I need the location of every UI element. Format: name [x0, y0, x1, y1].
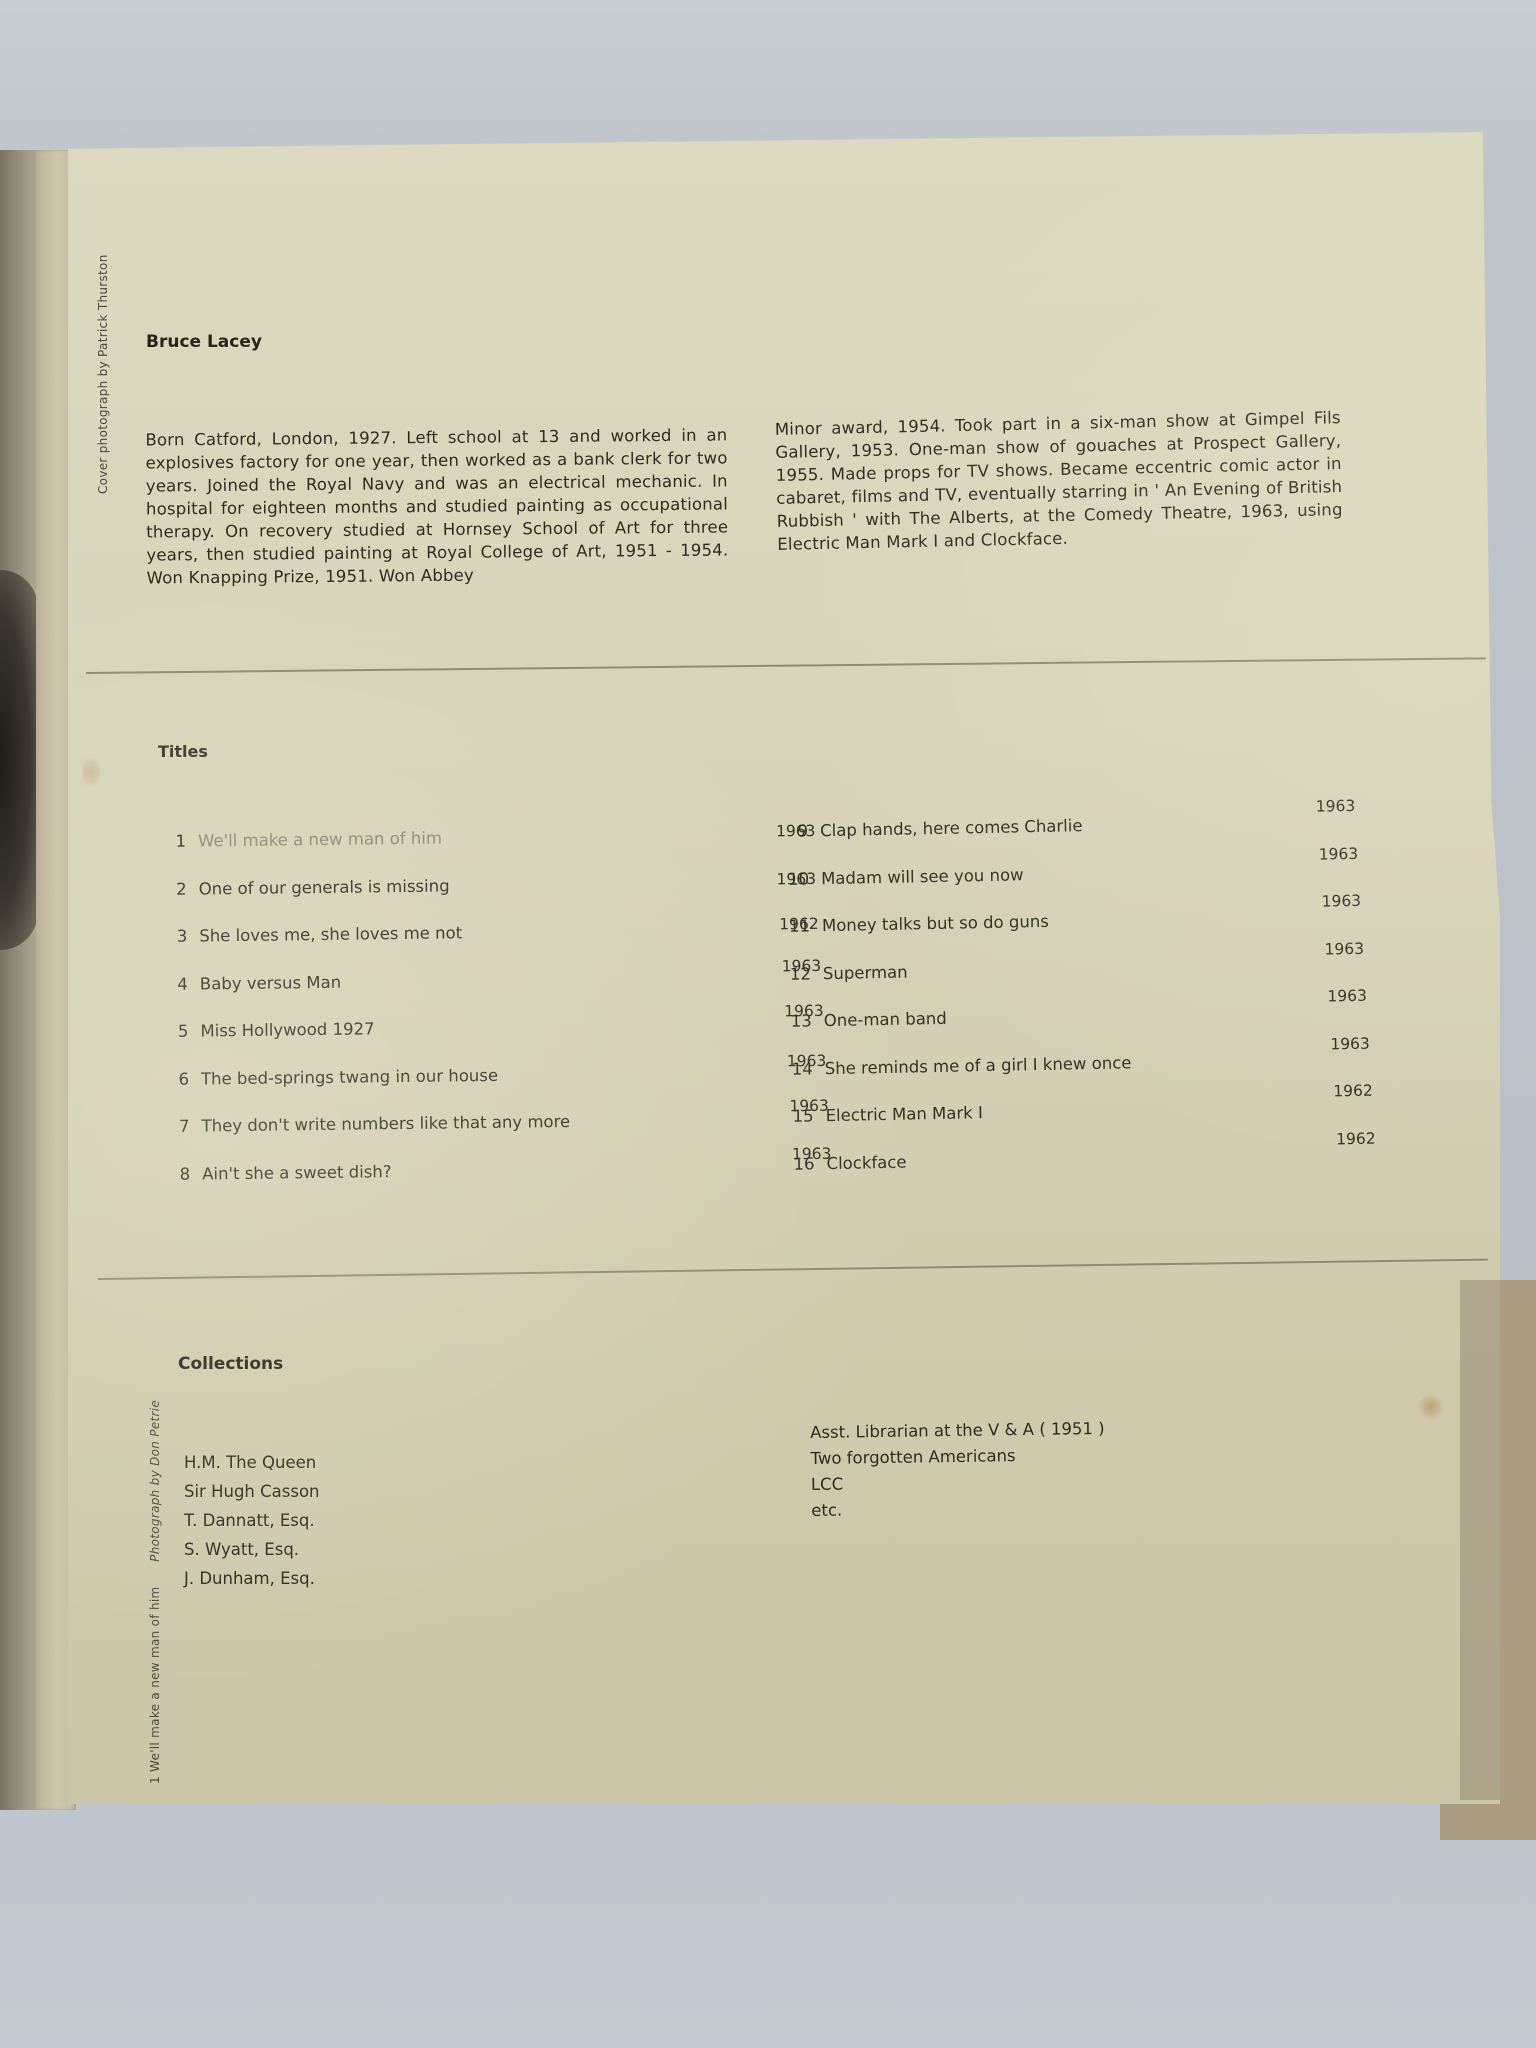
artist-name: Bruce Lacey — [146, 332, 262, 352]
collection-item: Sir Hugh Casson — [184, 1477, 320, 1506]
collection-item: H.M. The Queen — [184, 1448, 320, 1477]
titles-label: Titles — [158, 742, 208, 761]
title-name: Money talks but so do guns — [822, 912, 1049, 935]
title-name: They don't write numbers like that any m… — [201, 1112, 570, 1136]
title-item: 8 Ain't she a sweet dish? 1963 — [160, 1156, 841, 1212]
collection-item: J. Dunham, Esq. — [184, 1564, 320, 1593]
title-name: Miss Hollywood 1927 — [200, 1019, 374, 1040]
foxing-stain — [1416, 1394, 1446, 1420]
title-name: Clap hands, here comes Charlie — [820, 816, 1083, 840]
plate-photo-credit: Photograph by Don Petrie — [148, 1400, 162, 1562]
title-name: She loves me, she loves me not — [199, 923, 462, 945]
foxing-stain — [82, 752, 100, 792]
bio-column-right: Minor award, 1954. Took part in a six-ma… — [775, 406, 1344, 556]
title-item: 2 One of our generals is missing 1963 — [157, 871, 838, 927]
section-divider-top — [86, 657, 1486, 674]
collections-list-right: Asst. Librarian at the V & A ( 1951 ) Tw… — [810, 1416, 1106, 1524]
collection-item: S. Wyatt, Esq. — [184, 1535, 320, 1564]
cover-photo-edge — [0, 150, 40, 1810]
titles-list-left: 1 We'll make a new man of him 1963 2 One… — [156, 824, 841, 1212]
cover-photo-credit: Cover photograph by Patrick Thurston — [96, 254, 110, 494]
title-item: 7 They don't write numbers like that any… — [159, 1109, 840, 1165]
title-item: 1 We'll make a new man of him 1963 — [156, 824, 837, 880]
plate-caption: 1 We'll make a new man of him Photograph… — [148, 1400, 162, 1784]
title-name: Electric Man Mark I — [825, 1103, 983, 1125]
collection-item: Asst. Librarian at the V & A ( 1951 ) — [810, 1416, 1105, 1446]
title-name: Baby versus Man — [200, 972, 342, 993]
catalogue-page: Cover photograph by Patrick Thurston 1 W… — [68, 132, 1500, 1804]
section-divider-bottom — [98, 1259, 1488, 1280]
title-item: 4 Baby versus Man 1963 — [158, 966, 839, 1022]
title-item: 6 The bed-springs twang in our house 196… — [159, 1061, 840, 1117]
plate-title: 1 We'll make a new man of him — [148, 1587, 162, 1785]
title-name: One-man band — [824, 1009, 947, 1030]
title-name: We'll make a new man of him — [198, 829, 442, 851]
title-name: Clockface — [826, 1152, 906, 1173]
title-name: Superman — [823, 962, 908, 983]
collection-item: LCC — [811, 1468, 1106, 1498]
title-item: 3 She loves me, she loves me not 1962 — [157, 919, 838, 975]
title-name: One of our generals is missing — [199, 876, 450, 898]
titles-list-right: 9 Clap hands, here comes Charlie 1963 10… — [778, 809, 1465, 1202]
collection-item: etc. — [811, 1494, 1106, 1524]
collections-label: Collections — [178, 1354, 283, 1374]
title-name: Ain't she a sweet dish? — [202, 1162, 392, 1183]
bio-column-left: Born Catford, London, 1927. Left school … — [145, 423, 728, 589]
title-name: The bed-springs twang in our house — [201, 1065, 498, 1088]
page-edge-shadow — [1460, 1280, 1500, 1800]
collections-list-left: H.M. The Queen Sir Hugh Casson T. Dannat… — [184, 1448, 320, 1593]
title-name: Madam will see you now — [821, 865, 1024, 888]
collection-item: Two forgotten Americans — [810, 1442, 1105, 1472]
collection-item: T. Dannatt, Esq. — [184, 1506, 320, 1535]
title-item: 5 Miss Hollywood 1927 1963 — [158, 1014, 839, 1070]
